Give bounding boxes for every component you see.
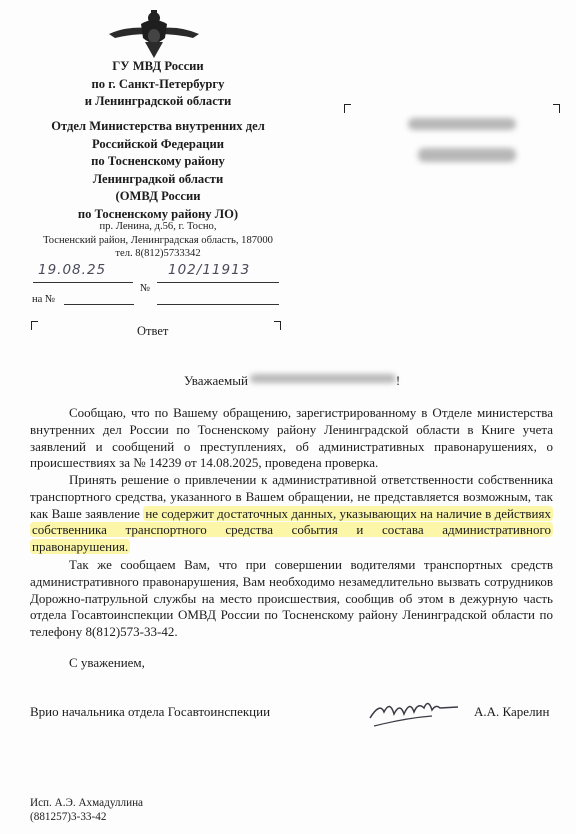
signature-icon: [366, 694, 462, 735]
number-underline: [157, 282, 279, 283]
dept-header: Отдел Министерства внутренних дел Россий…: [20, 118, 296, 223]
corner-mark: [344, 104, 351, 113]
address-line: Тосненский район, Ленинградская область,…: [20, 234, 296, 248]
dept-line: Российской Федерации: [20, 136, 296, 154]
address-line: тел. 8(812)5733342: [20, 247, 296, 261]
redacted-name: [250, 374, 396, 383]
org-line: по г. Санкт-Петербургу: [20, 76, 296, 94]
dept-address: пр. Ленина, д.56, г. Тосно, Тосненский р…: [20, 220, 296, 261]
body-paragraph-3: Так же сообщаем Вам, что при совершении …: [30, 557, 553, 641]
ref-number-underline-2: [157, 304, 279, 305]
greeting-prefix: Уважаемый: [184, 373, 248, 388]
mvd-emblem-icon: [107, 4, 201, 60]
greeting: Уважаемый!: [184, 373, 400, 389]
dept-line: (ОМВД России: [20, 188, 296, 206]
dept-line: по Тосненскому району: [20, 153, 296, 171]
signatory-position: Врио начальника отдела Госавтоинспекции: [30, 704, 270, 720]
registration-date: 19.08.25: [38, 262, 106, 278]
greeting-suffix: !: [396, 373, 400, 388]
signatory-name: А.А. Карелин: [474, 704, 549, 720]
dept-line: Ленинградкой области: [20, 171, 296, 189]
redacted-addressee-line: [408, 118, 516, 130]
corner-mark: [553, 104, 560, 113]
reply-label: Ответ: [137, 324, 168, 339]
body-paragraph-2: Принять решение о привлечении к админист…: [30, 472, 553, 556]
address-line: пр. Ленина, д.56, г. Тосно,: [20, 220, 296, 234]
date-underline: [33, 282, 133, 283]
closing: С уважением,: [69, 655, 145, 671]
org-line: и Ленинградской области: [20, 93, 296, 111]
registration-number: 102/11913: [168, 262, 250, 278]
org-header: ГУ МВД России по г. Санкт-Петербургу и Л…: [20, 58, 296, 111]
corner-mark: [274, 321, 281, 330]
dept-line: Отдел Министерства внутренних дел: [20, 118, 296, 136]
body-paragraph-1: Сообщаю, что по Вашему обращению, зареги…: [30, 405, 553, 472]
ref-number-label: на №: [32, 294, 55, 305]
executor-name: Исп. А.Э. Ахмадуллина: [30, 796, 143, 810]
executor-info: Исп. А.Э. Ахмадуллина (881257)3-33-42: [30, 796, 143, 824]
number-label: №: [140, 283, 150, 294]
corner-mark: [31, 321, 38, 330]
executor-phone: (881257)3-33-42: [30, 810, 143, 824]
redacted-addressee-line: [418, 148, 516, 162]
org-line: ГУ МВД России: [20, 58, 296, 76]
ref-number-underline: [64, 304, 134, 305]
